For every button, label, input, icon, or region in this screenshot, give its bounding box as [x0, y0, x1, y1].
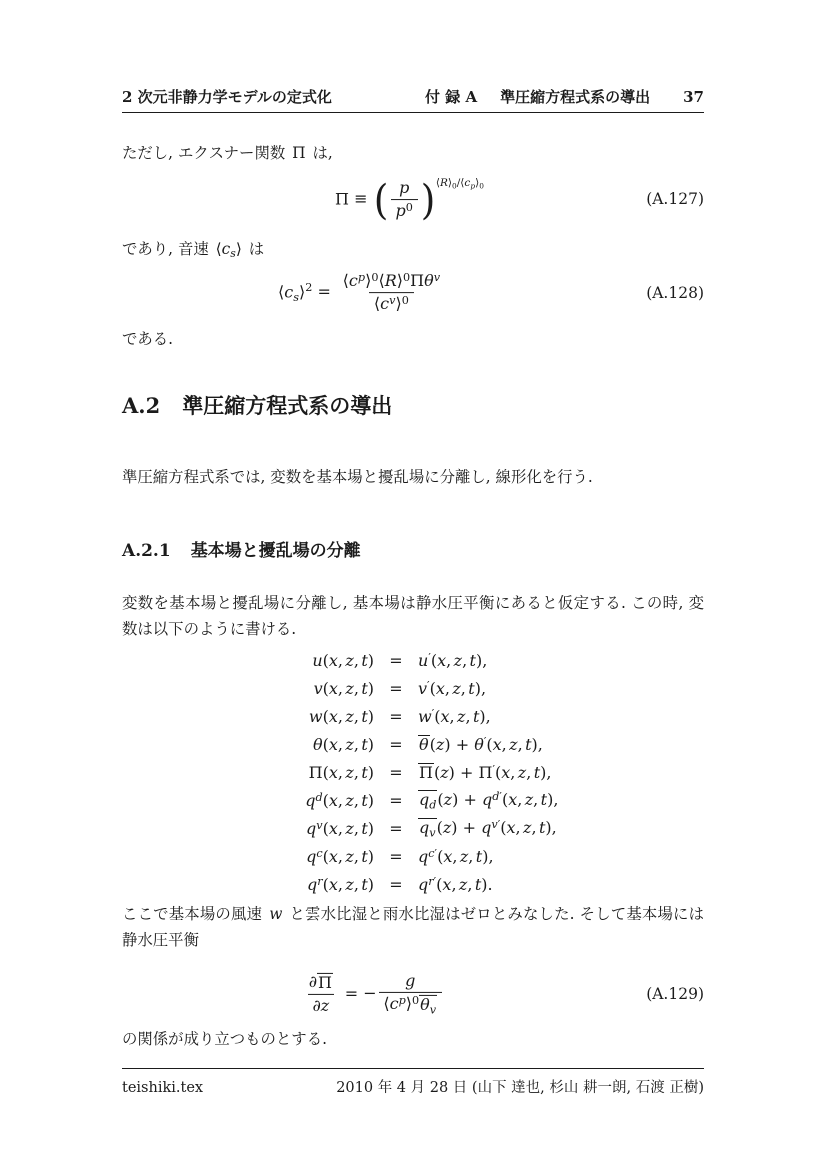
header-page-number: 37: [683, 88, 704, 106]
text-segment: は: [244, 240, 264, 258]
equation-a129: ∂Π∂z=−g⟨cp⟩0θv (A.129): [122, 962, 704, 1026]
equation-a128-tag: (A.128): [646, 284, 704, 302]
paragraph-dearu: である.: [122, 326, 704, 352]
section-heading-a2: A.2準圧縮方程式系の導出: [122, 390, 392, 420]
document-page: 2 次元非静力学モデルの定式化 付 録 A 準圧縮方程式系の導出 37 ただし,…: [0, 0, 826, 1169]
header-chapter-title: 2 次元非静力学モデルの定式化: [122, 86, 332, 107]
inline-math: Π: [290, 144, 307, 162]
paragraph-exner-intro: ただし, エクスナー関数 Π は,: [122, 140, 704, 166]
footer-filename: teishiki.tex: [122, 1080, 203, 1096]
equation-a129-tag: (A.129): [646, 985, 704, 1003]
equation-row: u(x,z,t)=u′(x,z,t),: [122, 646, 704, 674]
equation-row: qv(x,z,t)=qv(z)+qv′(x,z,t),: [122, 814, 704, 842]
equation-row: qc(x,z,t)=qc′(x,z,t),: [122, 842, 704, 870]
paragraph-basic-field: ここで基本場の風速 w と雲水比湿と雨水比湿はゼロとみなした. そして基本場には…: [122, 901, 704, 953]
equation-row: θ(x,z,t)=θ(z)+θ′(x,z,t),: [122, 730, 704, 758]
text-segment: であり, 音速: [122, 240, 214, 258]
inline-math: ⟨cs⟩: [214, 240, 244, 258]
equation-a128-math: ⟨cs⟩2=⟨cp⟩0⟨R⟩0Πθv⟨cv⟩0: [278, 272, 447, 314]
subsection-title: 基本場と擾乱場の分離: [191, 541, 361, 561]
header-appendix-title: 準圧縮方程式系の導出: [500, 86, 650, 107]
equation-row: qd(x,z,t)=qd(z)+qd′(x,z,t),: [122, 786, 704, 814]
equation-row: Π(x,z,t)=Π(z)+Π′(x,z,t),: [122, 758, 704, 786]
text-segment: は,: [308, 144, 333, 162]
equation-row: w(x,z,t)=w′(x,z,t),: [122, 702, 704, 730]
inline-math: w: [267, 905, 284, 923]
text-segment: ただし, エクスナー関数: [122, 144, 290, 162]
page-footer: teishiki.tex 2010 年 4 月 28 日 (山下 達也, 杉山 …: [122, 1068, 704, 1097]
text-segment: ここで基本場の風速: [122, 905, 267, 923]
equation-row: v(x,z,t)=v′(x,z,t),: [122, 674, 704, 702]
equation-a128: ⟨cs⟩2=⟨cp⟩0⟨R⟩0Πθv⟨cv⟩0 (A.128): [122, 262, 704, 324]
equation-a127-math: Π≡(pp0)⟨R⟩0/⟨cp⟩0: [335, 177, 484, 221]
subsection-number: A.2.1: [122, 541, 171, 561]
equation-a127: Π≡(pp0)⟨R⟩0/⟨cp⟩0 (A.127): [122, 164, 704, 234]
paragraph-subsection-intro: 変数を基本場と擾乱場に分離し, 基本場は静水圧平衡にあると仮定する. この時, …: [122, 590, 704, 642]
section-title: 準圧縮方程式系の導出: [182, 393, 392, 418]
paragraph-section-intro: 準圧縮方程式系では, 変数を基本場と擾乱場に分離し, 線形化を行う.: [122, 464, 704, 490]
running-header: 2 次元非静力学モデルの定式化 付 録 A 準圧縮方程式系の導出 37: [122, 86, 704, 113]
equation-a127-tag: (A.127): [646, 190, 704, 208]
header-appendix-label: 付 録 A: [425, 86, 477, 107]
paragraph-relation: の関係が成り立つものとする.: [122, 1026, 704, 1052]
equation-block-decomposition: u(x,z,t)=u′(x,z,t),v(x,z,t)=v′(x,z,t),w(…: [122, 646, 704, 898]
header-right-group: 付 録 A 準圧縮方程式系の導出 37: [425, 86, 704, 107]
section-number: A.2: [122, 393, 160, 418]
page-content: 2 次元非静力学モデルの定式化 付 録 A 準圧縮方程式系の導出 37 ただし,…: [122, 0, 704, 1169]
equation-row: qr(x,z,t)=qr′(x,z,t).: [122, 870, 704, 898]
subsection-heading-a21: A.2.1基本場と擾乱場の分離: [122, 536, 361, 561]
equation-a129-math: ∂Π∂z=−g⟨cp⟩0θv: [302, 972, 444, 1016]
footer-date-authors: 2010 年 4 月 28 日 (山下 達也, 杉山 耕一朗, 石渡 正樹): [336, 1076, 704, 1097]
